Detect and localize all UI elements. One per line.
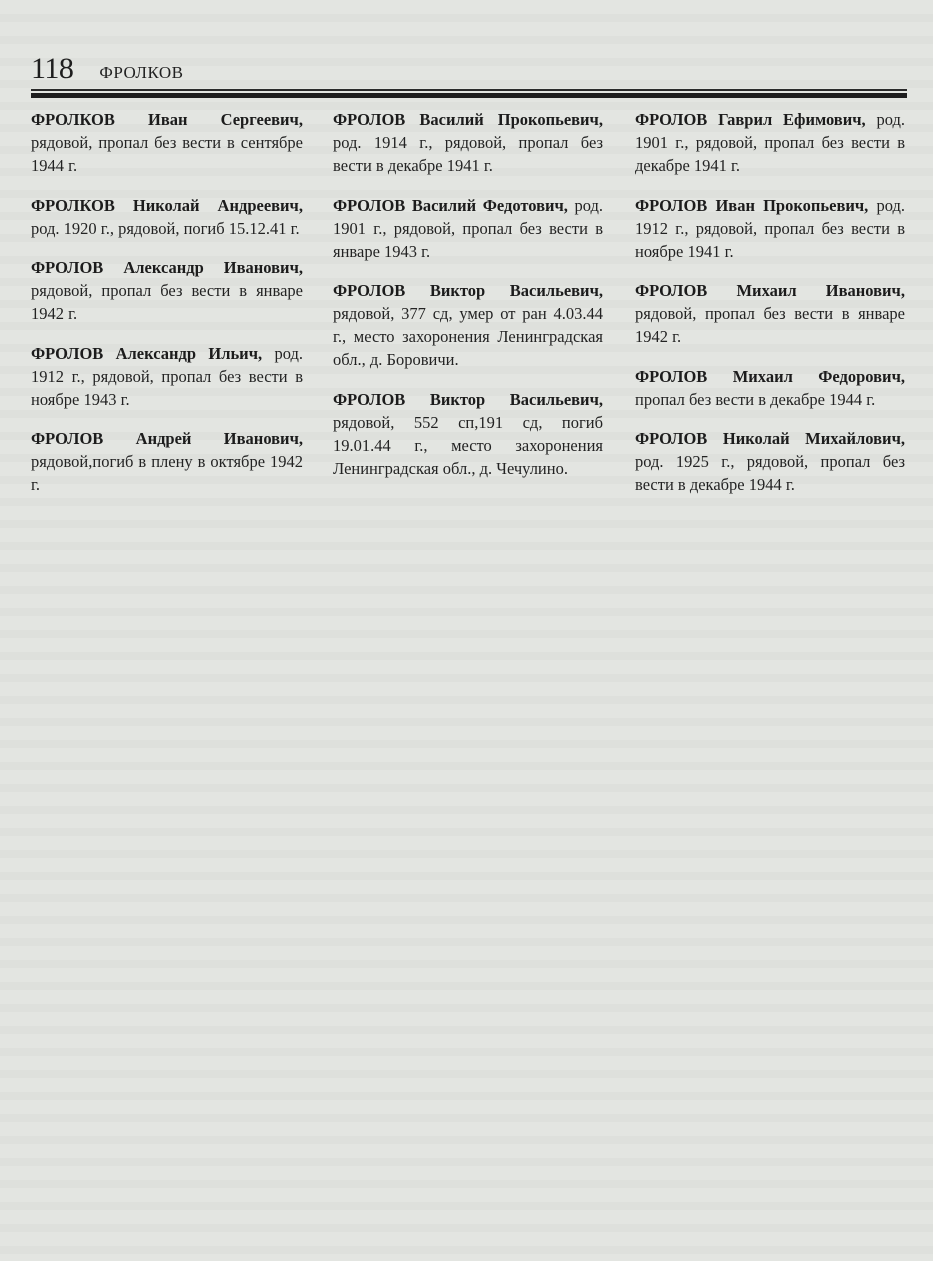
header-rule-thick bbox=[31, 93, 907, 98]
column-1: ФРОЛКОВ Иван Сергеевич, рядовой, пропал … bbox=[31, 108, 303, 505]
text-columns: ФРОЛКОВ Иван Сергеевич, рядовой, пропал … bbox=[31, 108, 907, 505]
entry: ФРОЛОВ Виктор Васильевич, рядовой, 552 с… bbox=[333, 388, 603, 480]
entry-text: род. 1925 г., рядовой, пропал без вести … bbox=[635, 452, 905, 494]
entry: ФРОЛОВ Александр Ильич, род. 1912 г., ря… bbox=[31, 342, 303, 411]
entry-text: рядовой, пропал без вести в сентябре 194… bbox=[31, 133, 303, 175]
entry-text: род. 1914 г., рядовой, пропал без вести … bbox=[333, 133, 603, 175]
entry-name: ФРОЛОВ Виктор Васильевич, bbox=[333, 390, 603, 409]
entry: ФРОЛОВ Николай Михайлович, род. 1925 г.,… bbox=[635, 427, 905, 496]
entry: ФРОЛОВ Михаил Федорович, пропал без вест… bbox=[635, 365, 905, 411]
entry-text: рядовой, 377 сд, умер от ран 4.03.44 г.,… bbox=[333, 304, 603, 369]
entry-text: рядовой, 552 сп,191 сд, погиб 19.01.44 г… bbox=[333, 413, 603, 478]
entry: ФРОЛОВ Михаил Иванович, рядовой, пропал … bbox=[635, 279, 905, 348]
entry: ФРОЛОВ Андрей Иванович, рядовой,погиб в … bbox=[31, 427, 303, 496]
entry-name: ФРОЛКОВ Николай Андреевич, bbox=[31, 196, 303, 215]
entry-text: рядовой, пропал без вести в январе 1942 … bbox=[635, 304, 905, 346]
entry: ФРОЛОВ Виктор Васильевич, рядовой, 377 с… bbox=[333, 279, 603, 371]
entry-text: рядовой,погиб в плену в октябре 1942 г. bbox=[31, 452, 303, 494]
entry-name: ФРОЛОВ Михаил Федорович, bbox=[635, 367, 905, 386]
entry-name: ФРОЛОВ Василий Федотович, bbox=[333, 196, 568, 215]
entry-text: пропал без вести в декабре 1944 г. bbox=[635, 390, 875, 409]
entry: ФРОЛОВ Иван Прокопьевич, род. 1912 г., р… bbox=[635, 194, 905, 263]
entry-name: ФРОЛОВ Иван Прокопьевич, bbox=[635, 196, 868, 215]
entry: ФРОЛКОВ Николай Андреевич, род. 1920 г.,… bbox=[31, 194, 303, 240]
entry-name: ФРОЛОВ Александр Иванович, bbox=[31, 258, 303, 277]
entry-text: рядовой, пропал без вести в январе 1942 … bbox=[31, 281, 303, 323]
entry-name: ФРОЛОВ Василий Прокопьевич, bbox=[333, 110, 603, 129]
entry: ФРОЛОВ Василий Федотович, род. 1901 г., … bbox=[333, 194, 603, 263]
column-2: ФРОЛОВ Василий Прокопьевич, род. 1914 г.… bbox=[333, 108, 603, 505]
entry-name: ФРОЛОВ Гаврил Ефимович, bbox=[635, 110, 866, 129]
entry-name: ФРОЛОВ Николай Михайлович, bbox=[635, 429, 905, 448]
entry-name: ФРОЛКОВ Иван Сергеевич, bbox=[31, 110, 303, 129]
entry-name: ФРОЛОВ Виктор Васильевич, bbox=[333, 281, 603, 300]
entry: ФРОЛОВ Александр Иванович, рядовой, проп… bbox=[31, 256, 303, 325]
column-3: ФРОЛОВ Гаврил Ефимович, род. 1901 г., ря… bbox=[635, 108, 905, 505]
entry-name: ФРОЛОВ Александр Ильич, bbox=[31, 344, 262, 363]
entry: ФРОЛОВ Василий Прокопьевич, род. 1914 г.… bbox=[333, 108, 603, 177]
running-head: ФРОЛКОВ bbox=[99, 63, 183, 83]
entry: ФРОЛОВ Гаврил Ефимович, род. 1901 г., ря… bbox=[635, 108, 905, 177]
entry: ФРОЛКОВ Иван Сергеевич, рядовой, пропал … bbox=[31, 108, 303, 177]
entry-text: род. 1920 г., рядовой, погиб 15.12.41 г. bbox=[31, 219, 300, 238]
page-header: 118 ФРОЛКОВ bbox=[31, 52, 183, 86]
entry-name: ФРОЛОВ Михаил Иванович, bbox=[635, 281, 905, 300]
page-number: 118 bbox=[31, 52, 73, 86]
header-rule-thin bbox=[31, 89, 907, 91]
entry-name: ФРОЛОВ Андрей Иванович, bbox=[31, 429, 303, 448]
